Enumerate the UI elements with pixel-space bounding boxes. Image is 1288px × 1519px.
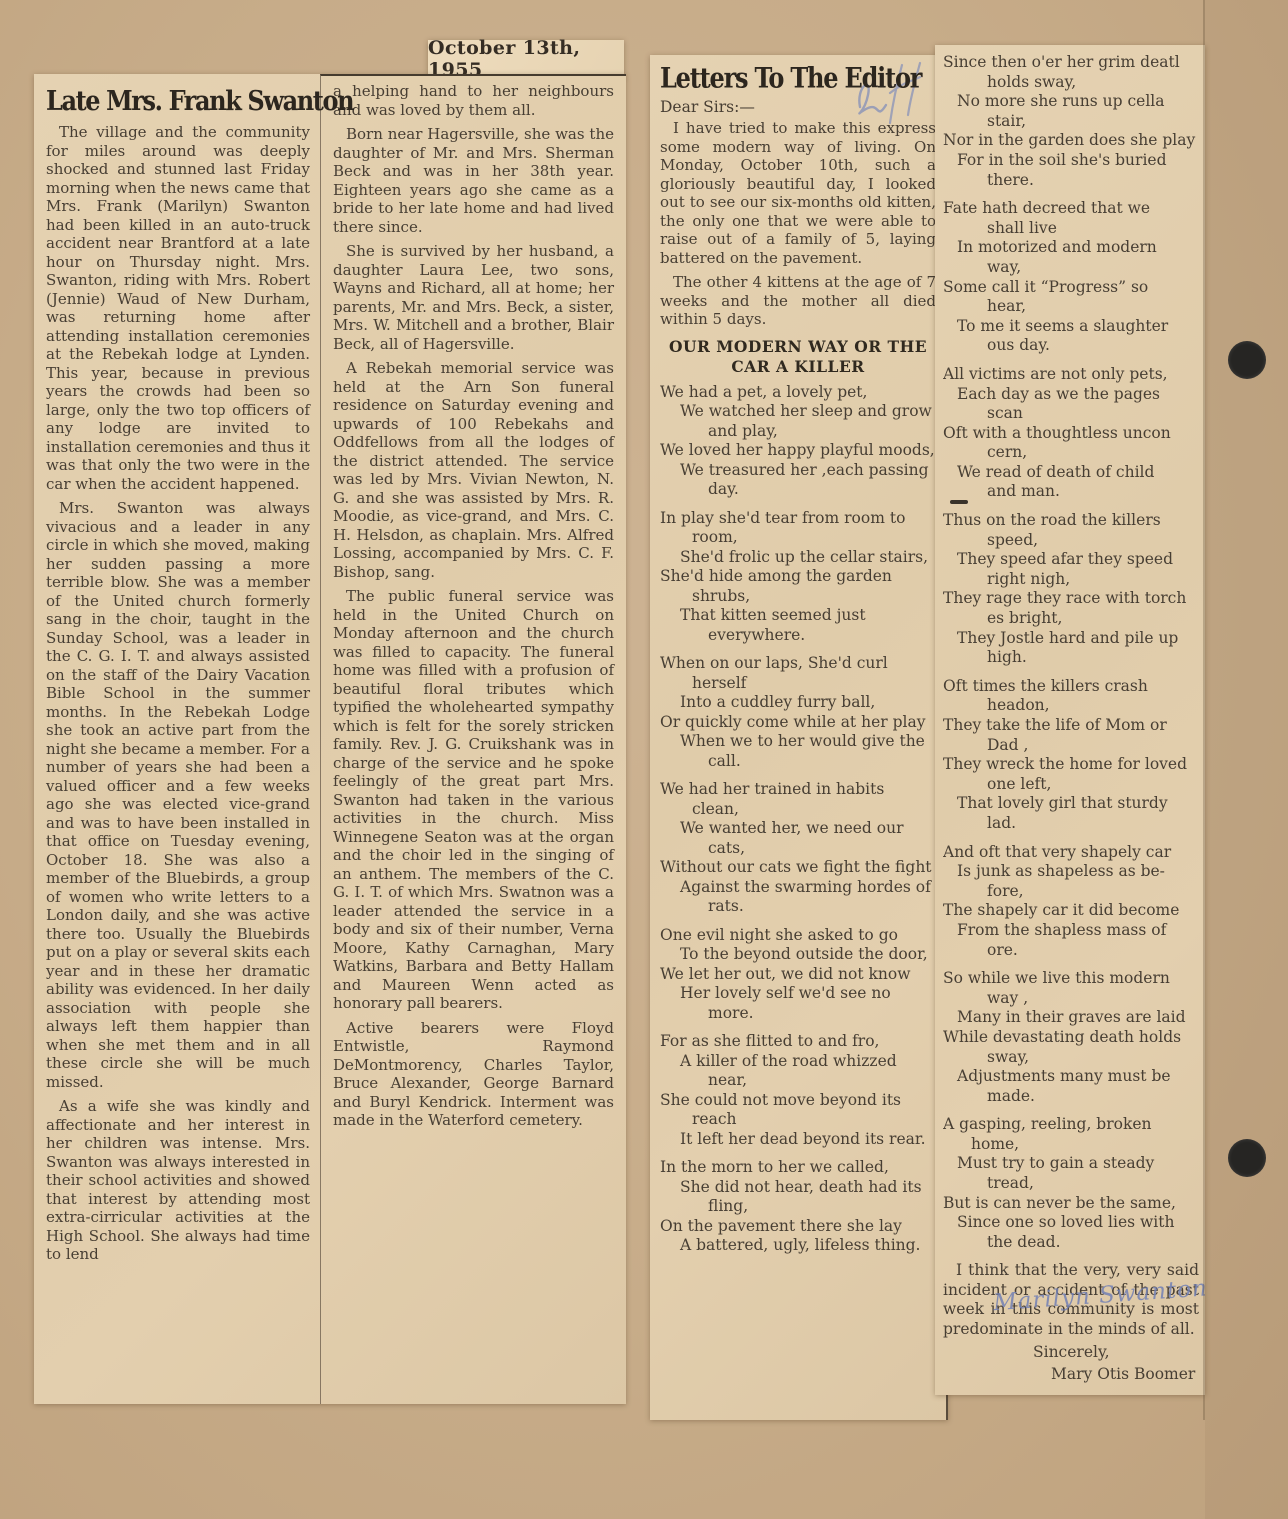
hole-punch-top (1228, 341, 1266, 379)
poem-line: right nigh, (943, 570, 1205, 590)
poem-line: A gasping, reeling, broken (943, 1115, 1205, 1135)
poem-line: high. (943, 648, 1205, 668)
poem-line: She'd hide among the garden shrubs, (660, 567, 936, 606)
poem-line: No more she runs up cella (943, 92, 1205, 112)
poem-line: The shapely car it did become (943, 901, 1205, 921)
letters-content: Letters To The Editor Dear Sirs:— I have… (650, 55, 946, 1262)
poem-line: And oft that very shapely car (943, 843, 1205, 863)
poem-line: In motorized and modern (943, 238, 1205, 258)
date-clipping: October 13th, 1955 (428, 40, 624, 78)
obituary-paragraph: The public funeral service was held in t… (333, 587, 614, 1013)
poem-line: shall live (943, 219, 1205, 239)
obituary-clipping: Late Mrs. Frank Swanton The village and … (34, 74, 626, 1404)
obituary-column-1: Late Mrs. Frank Swanton The village and … (34, 74, 320, 1404)
obituary-paragraph: She is survived by her husband, a daught… (333, 242, 614, 353)
poem-line: ore. (943, 941, 1205, 961)
poem-line: When we to her would give the call. (660, 732, 936, 771)
poem-line: stair, (943, 112, 1205, 132)
poem-line: To the beyond outside the door, (660, 945, 936, 965)
obituary-column-1-text: The village and the community for miles … (46, 123, 310, 1264)
poem-line: To me it seems a slaughter (943, 317, 1205, 337)
poem-line: lad. (943, 814, 1205, 834)
obituary-paragraph: Mrs. Swanton was always vivacious and a … (46, 499, 310, 1091)
poem-line: ous day. (943, 336, 1205, 356)
obituary-column-2: a helping hand to her neighbours and was… (320, 74, 626, 1404)
letter-paragraphs: I have tried to make this express some m… (660, 119, 936, 329)
letters-headline: Letters To The Editor (660, 61, 936, 94)
poem-line: For as she flitted to and fro, (660, 1032, 936, 1052)
poem-line: They Jostle hard and pile up (943, 629, 1205, 649)
poem-line: That lovely girl that sturdy (943, 794, 1205, 814)
poem-line: and man. (943, 482, 1205, 502)
poem-line: We read of death of child (943, 463, 1205, 483)
poem-line: hear, (943, 297, 1205, 317)
poem-line: All victims are not only pets, (943, 365, 1205, 385)
poem-line: the dead. (943, 1233, 1205, 1253)
poem-line: Fate hath decreed that we (943, 199, 1205, 219)
hole-punch-bottom (1228, 1139, 1266, 1177)
poem-line: They wreck the home for loved (943, 755, 1205, 775)
letter-signoff: Sincerely, (1033, 1343, 1205, 1361)
poem-line: She'd frolic up the cellar stairs, (660, 548, 936, 568)
poem-line: Since one so loved lies with (943, 1213, 1205, 1233)
poem-line: Is junk as shapeless as be- (943, 862, 1205, 882)
scrapbook-page: { "page": { "date": "October 13th, 1955"… (0, 0, 1288, 1519)
obituary-paragraph: Born near Hagersville, she was the daugh… (333, 125, 614, 236)
poem-line: sway, (943, 1048, 1205, 1068)
letter-signature: Mary Otis Boomer (1051, 1365, 1205, 1383)
poem-line: But is can never be the same, (943, 1194, 1205, 1214)
obituary-column-2-text: a helping hand to her neighbours and was… (333, 82, 614, 1130)
poem-line: In the morn to her we called, (660, 1158, 936, 1178)
poem-line: headon, (943, 696, 1205, 716)
poem-line: Into a cuddley furry ball, (660, 693, 936, 713)
poem-line: holds sway, (943, 73, 1205, 93)
poem-line: home, (943, 1135, 1205, 1155)
poem-line: speed, (943, 531, 1205, 551)
poem-line: way , (943, 989, 1205, 1009)
poem-line: tread, (943, 1174, 1205, 1194)
poem-line: When on our laps, She'd curl herself (660, 654, 936, 693)
poem-line: From the shapless mass of (943, 921, 1205, 941)
poem-line: Oft with a thoughtless uncon (943, 424, 1205, 444)
poem-line: In play she'd tear from room to room, (660, 509, 936, 548)
clipping-edge-line (1203, 0, 1205, 1420)
obituary-paragraph: As a wife she was kindly and affectionat… (46, 1097, 310, 1264)
poem-line: We watched her sleep and grow and play, (660, 402, 936, 441)
poem-line: We had her trained in habits clean, (660, 780, 936, 819)
poem-line: We let her out, we did not know (660, 965, 936, 985)
poem-right-column: Since then o'er her grim deatlholds sway… (943, 53, 1205, 1252)
poem-line: way, (943, 258, 1205, 278)
letter-paragraph: The other 4 kittens at the age of 7 week… (660, 273, 936, 329)
poem-line: They speed afar they speed (943, 550, 1205, 570)
poem-line: A battered, ugly, lifeless thing. (660, 1236, 936, 1256)
poem-line: She did not hear, death had its fling, (660, 1178, 936, 1217)
poem-line: They take the life of Mom or (943, 716, 1205, 736)
poem-line: Some call it “Progress” so (943, 278, 1205, 298)
poem-line: Oft times the killers crash (943, 677, 1205, 697)
poem-line: es bright, (943, 609, 1205, 629)
poem-line: made. (943, 1087, 1205, 1107)
poem-line: fore, (943, 882, 1205, 902)
poem-middle-column: We had a pet, a lovely pet,We watched he… (660, 383, 936, 1256)
poem-heading-line1: OUR MODERN WAY OR THE (660, 337, 936, 357)
poem-line: For in the soil she's buried (943, 151, 1205, 171)
poem-line: Adjustments many must be (943, 1067, 1205, 1087)
obituary-headline: Late Mrs. Frank Swanton (46, 84, 310, 117)
obituary-paragraph: Active bearers were Floyd Entwistle, Ray… (333, 1019, 614, 1130)
poem-line: We loved her happy playful moods, (660, 441, 936, 461)
poem-line: Without our cats we fight the fight (660, 858, 936, 878)
poem-line: On the pavement there she lay (660, 1217, 936, 1237)
poem-line: Her lovely self we'd see no more. (660, 984, 936, 1023)
poem-line: Since then o'er her grim deatl (943, 53, 1205, 73)
poem-line: She could not move beyond its reach (660, 1091, 936, 1130)
letters-clipping: Letters To The Editor Dear Sirs:— I have… (650, 55, 948, 1420)
obituary-paragraph: a helping hand to her neighbours and was… (333, 82, 614, 119)
letter-paragraph: I have tried to make this express some m… (660, 119, 936, 267)
obituary-paragraph: The village and the community for miles … (46, 123, 310, 493)
poem-line: It left her dead beyond its rear. (660, 1130, 936, 1150)
poem-line: one left, (943, 775, 1205, 795)
obituary-paragraph: A Rebekah memorial service was held at t… (333, 359, 614, 581)
poem-line: Must try to gain a steady (943, 1154, 1205, 1174)
poem-line: A killer of the road whizzed near, (660, 1052, 936, 1091)
poem-continuation-content: Since then o'er her grim deatlholds sway… (935, 45, 1205, 1395)
poem-continuation-clipping: Since then o'er her grim deatlholds sway… (935, 45, 1205, 1395)
poem-line: They rage they race with torch (943, 589, 1205, 609)
poem-line: Many in their graves are laid (943, 1008, 1205, 1028)
poem-line: We wanted her, we need our cats, (660, 819, 936, 858)
poem-line: One evil night she asked to go (660, 926, 936, 946)
poem-line: So while we live this modern (943, 969, 1205, 989)
poem-line: there. (943, 171, 1205, 191)
poem-line: Or quickly come while at her play (660, 713, 936, 733)
poem-line: Thus on the road the killers (943, 511, 1205, 531)
poem-line: We treasured her ,each passing day. (660, 461, 936, 500)
poem-line: We had a pet, a lovely pet, (660, 383, 936, 403)
page-fold-area (1205, 0, 1288, 1519)
poem-line: Against the swarming hordes of rats. (660, 878, 936, 917)
poem-heading-line2: CAR A KILLER (660, 357, 936, 377)
poem-line: Nor in the garden does she play (943, 131, 1205, 151)
pen-dash-mark (950, 500, 968, 504)
poem-line: scan (943, 404, 1205, 424)
poem-line: While devastating death holds (943, 1028, 1205, 1048)
poem-line: Each day as we the pages (943, 385, 1205, 405)
poem-line: Dad , (943, 736, 1205, 756)
poem-line: That kitten seemed just everywhere. (660, 606, 936, 645)
poem-line: cern, (943, 443, 1205, 463)
